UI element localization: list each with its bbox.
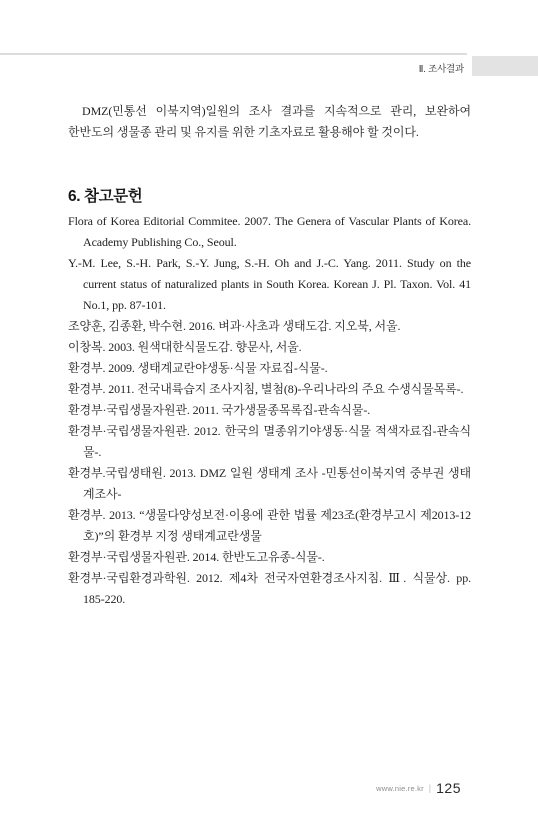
reference-item: 환경부. 2009. 생태계교란야생동·식물 자료집-식물-. <box>68 358 471 379</box>
intro-paragraph: DMZ(민통선 이북지역)일원의 조사 결과를 지속적으로 관리, 보완하여 한… <box>68 101 471 143</box>
page-content: DMZ(민통선 이북지역)일원의 조사 결과를 지속적으로 관리, 보완하여 한… <box>68 0 471 610</box>
reference-item: 환경부·국립환경과학원. 2012. 제4차 전국자연환경조사지침. Ⅲ. 식물… <box>68 568 471 610</box>
reference-item: 조양훈, 김종환, 박수현. 2016. 벼과·사초과 생태도감. 지오북, 서… <box>68 316 471 337</box>
reference-item: 환경부·국립생물자원관. 2014. 한반도고유종-식물-. <box>68 547 471 568</box>
footer-url: www.nie.re.kr <box>376 784 424 793</box>
reference-item: 환경부.국립생태원. 2013. DMZ 일원 생태계 조사 -민통선이북지역 … <box>68 463 471 505</box>
document-page: Ⅱ. 조사결과 DMZ(민통선 이북지역)일원의 조사 결과를 지속적으로 관리… <box>0 0 538 840</box>
footer-page-number: 125 <box>436 780 461 796</box>
reference-item: 환경부. 2013. “생물다양성보전·이용에 관한 법률 제23조(환경부고시… <box>68 505 471 547</box>
reference-item: Flora of Korea Editorial Commitee. 2007.… <box>68 211 471 253</box>
header-tab-marker <box>472 56 538 76</box>
reference-item: 환경부. 2011. 전국내륙습지 조사지침, 별첨(8)-우리나라의 주요 수… <box>68 379 471 400</box>
reference-item: 이창복. 2003. 원색대한식물도감. 향문사, 서울. <box>68 337 471 358</box>
footer-separator: | <box>429 783 431 793</box>
page-footer: www.nie.re.kr | 125 <box>376 780 461 796</box>
references-heading: 6. 참고문헌 <box>68 187 471 207</box>
reference-list: Flora of Korea Editorial Commitee. 2007.… <box>68 211 471 610</box>
reference-item: 환경부·국립생물자원관. 2011. 국가생물종목록집-관속식물-. <box>68 400 471 421</box>
reference-item: 환경부·국립생물자원관. 2012. 한국의 멸종위기야생동·식물 적색자료집-… <box>68 421 471 463</box>
reference-item: Y.-M. Lee, S.-H. Park, S.-Y. Jung, S.-H.… <box>68 253 471 316</box>
